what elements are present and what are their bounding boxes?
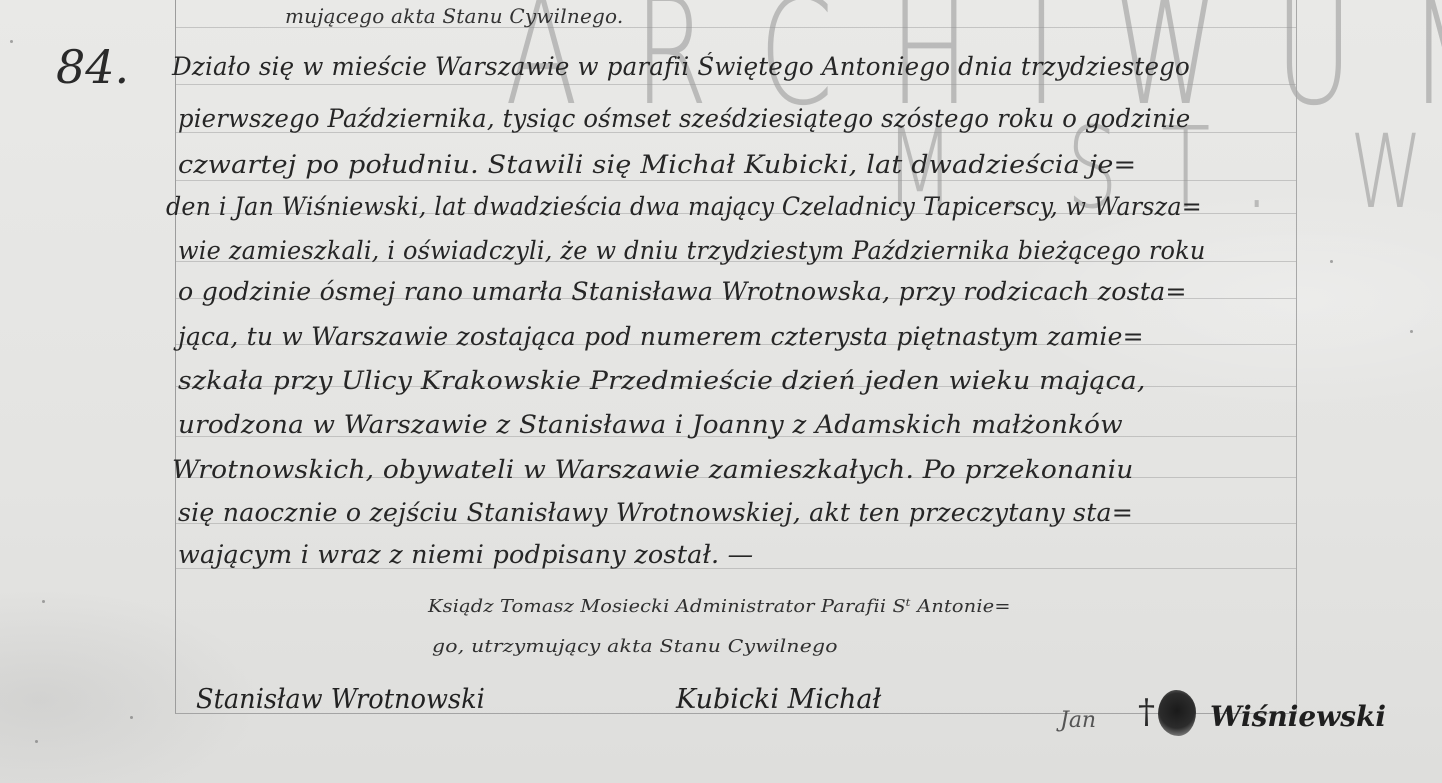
paper-speck: [1410, 330, 1413, 333]
ruled-line: [176, 84, 1296, 85]
previous-entry-fragment: mującego akta Stanu Cywilnego.: [285, 4, 623, 28]
paper-speck: [1330, 260, 1333, 263]
body-line-6: o godzinie ósmej rano umarła Stanisława …: [178, 277, 1187, 306]
body-line-9: urodzona w Warszawie z Stanisława i Joan…: [178, 410, 1123, 439]
body-line-4: den i Jan Wiśniewski, lat dwadzieścia dw…: [166, 192, 1202, 221]
body-line-7: jąca, tu w Warszawie zostająca pod numer…: [178, 322, 1144, 351]
official-signature-line-1: Ksiądz Tomasz Mosiecki Administrator Par…: [428, 596, 1011, 617]
paper-speck: [130, 716, 133, 719]
official-signature-line-2: go, utrzymujący akta Stanu Cywilnego: [432, 636, 838, 657]
body-line-8: szkała przy Ulicy Krakowskie Przedmieści…: [178, 366, 1146, 395]
body-line-3: czwartej po południu. Stawili się Michał…: [178, 150, 1136, 179]
document-scan: ARCHIWUM M.ST. W mującego akta Stanu Cyw…: [0, 0, 1442, 783]
body-line-10: Wrotnowskich, obywateli w Warszawie zami…: [172, 455, 1134, 484]
signature-witness-1: Kubicki Michał: [676, 684, 881, 715]
signature-witness-2-prefix: Jan: [1060, 708, 1096, 733]
body-line-12: wającym i wraz z niemi podpisany został.…: [178, 540, 753, 569]
entry-number: 84.: [56, 40, 129, 94]
body-line-1: Działo się w mieście Warszawie w parafii…: [172, 52, 1190, 81]
body-line-11: się naocznie o zejściu Stanisławy Wrotno…: [178, 498, 1133, 527]
ink-blot-icon: [1158, 690, 1196, 736]
body-line-2: pierwszego Października, tysiąc ośmset s…: [178, 104, 1190, 133]
signature-father: Stanisław Wrotnowski: [196, 684, 485, 715]
paper-speck: [35, 740, 38, 743]
cross-mark-icon: †: [1138, 692, 1155, 732]
body-line-5: wie zamieszkali, i oświadczyli, że w dni…: [178, 236, 1206, 265]
paper-speck: [42, 600, 45, 603]
ruled-line: [176, 180, 1296, 181]
signature-witness-2: Wiśniewski: [1210, 700, 1386, 733]
paper-speck: [10, 40, 13, 43]
watermark-w: W: [1350, 122, 1442, 224]
